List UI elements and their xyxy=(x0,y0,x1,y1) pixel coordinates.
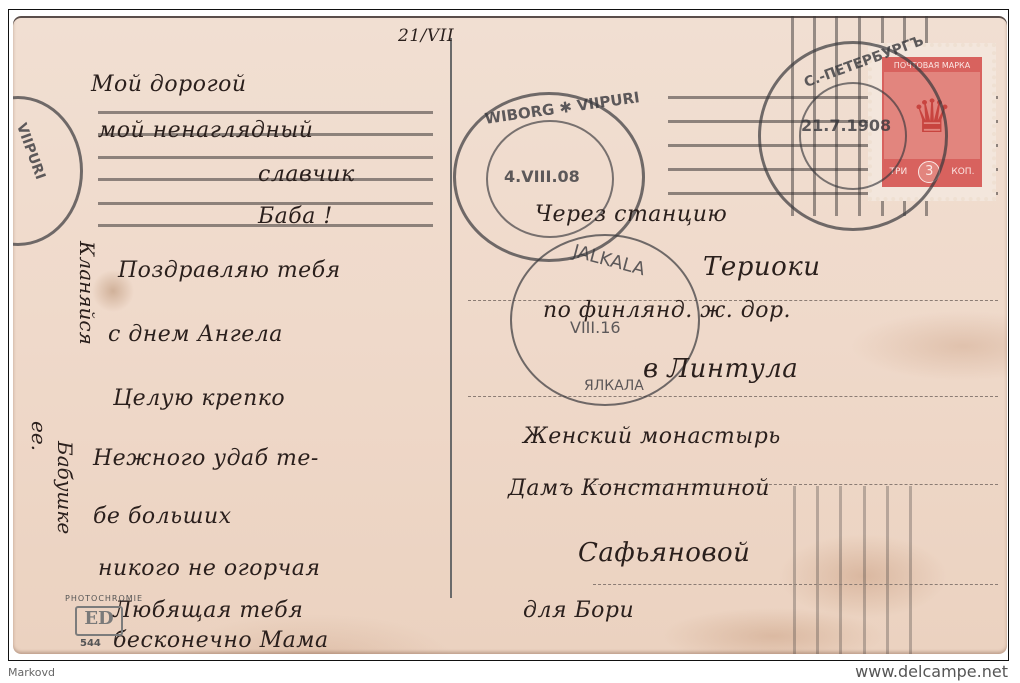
stamp-right-text: КОП. xyxy=(951,167,974,177)
postmark-viipuri-left: VIIPURI xyxy=(13,96,83,246)
message-line: славчик xyxy=(258,162,355,187)
seller-name: Markovd xyxy=(8,666,55,679)
publisher-logo: ED xyxy=(75,606,123,636)
message-line: мой ненаглядный xyxy=(98,118,313,143)
address-line: в Линтула xyxy=(643,354,798,384)
margin-note: ее. xyxy=(27,421,51,451)
margin-note: Кланяйся xyxy=(75,241,99,345)
message-line: с днем Ангела xyxy=(108,322,283,347)
message-date: 21/VII xyxy=(398,26,454,46)
site-watermark: www.delcampe.net xyxy=(855,662,1008,681)
message-line: Баба ! xyxy=(258,204,333,229)
publisher-label: PHOTOCHROMIE xyxy=(65,594,143,603)
card-number: 544 xyxy=(80,638,101,649)
address-line: Дамъ Константиной xyxy=(508,476,770,501)
postcard: ПОЧТОВАЯ МАРКА ♛ ТРИ 3 КОП. С.-ПЕТЕРБУРГ… xyxy=(13,16,1007,654)
card-divider xyxy=(450,38,452,598)
message-line: бесконечно Мама xyxy=(113,628,329,653)
message-line: Мой дорогой xyxy=(91,72,246,97)
message-line: бе больших xyxy=(93,504,232,529)
margin-note: Бабушке xyxy=(53,441,77,534)
address-line xyxy=(593,584,998,585)
address-line: Териоки xyxy=(703,252,821,282)
postmark-petrograd: С.-ПЕТЕРБУРГЪ 21.7.1908 xyxy=(758,41,948,231)
message-line: никого не огорчая xyxy=(98,556,320,581)
address-line: Женский монастырь xyxy=(523,424,781,449)
address-line: для Бори xyxy=(523,598,634,623)
address-line: Через станцию xyxy=(535,202,727,227)
message-line: Нежного удаб те- xyxy=(93,446,319,471)
message-line: Целую крепко xyxy=(113,386,285,411)
address-line xyxy=(468,396,998,397)
address-line: по финлянд. ж. дор. xyxy=(543,298,791,323)
address-line: Сафьяновой xyxy=(578,538,750,568)
message-line: Поздравляю тебя xyxy=(118,258,341,283)
